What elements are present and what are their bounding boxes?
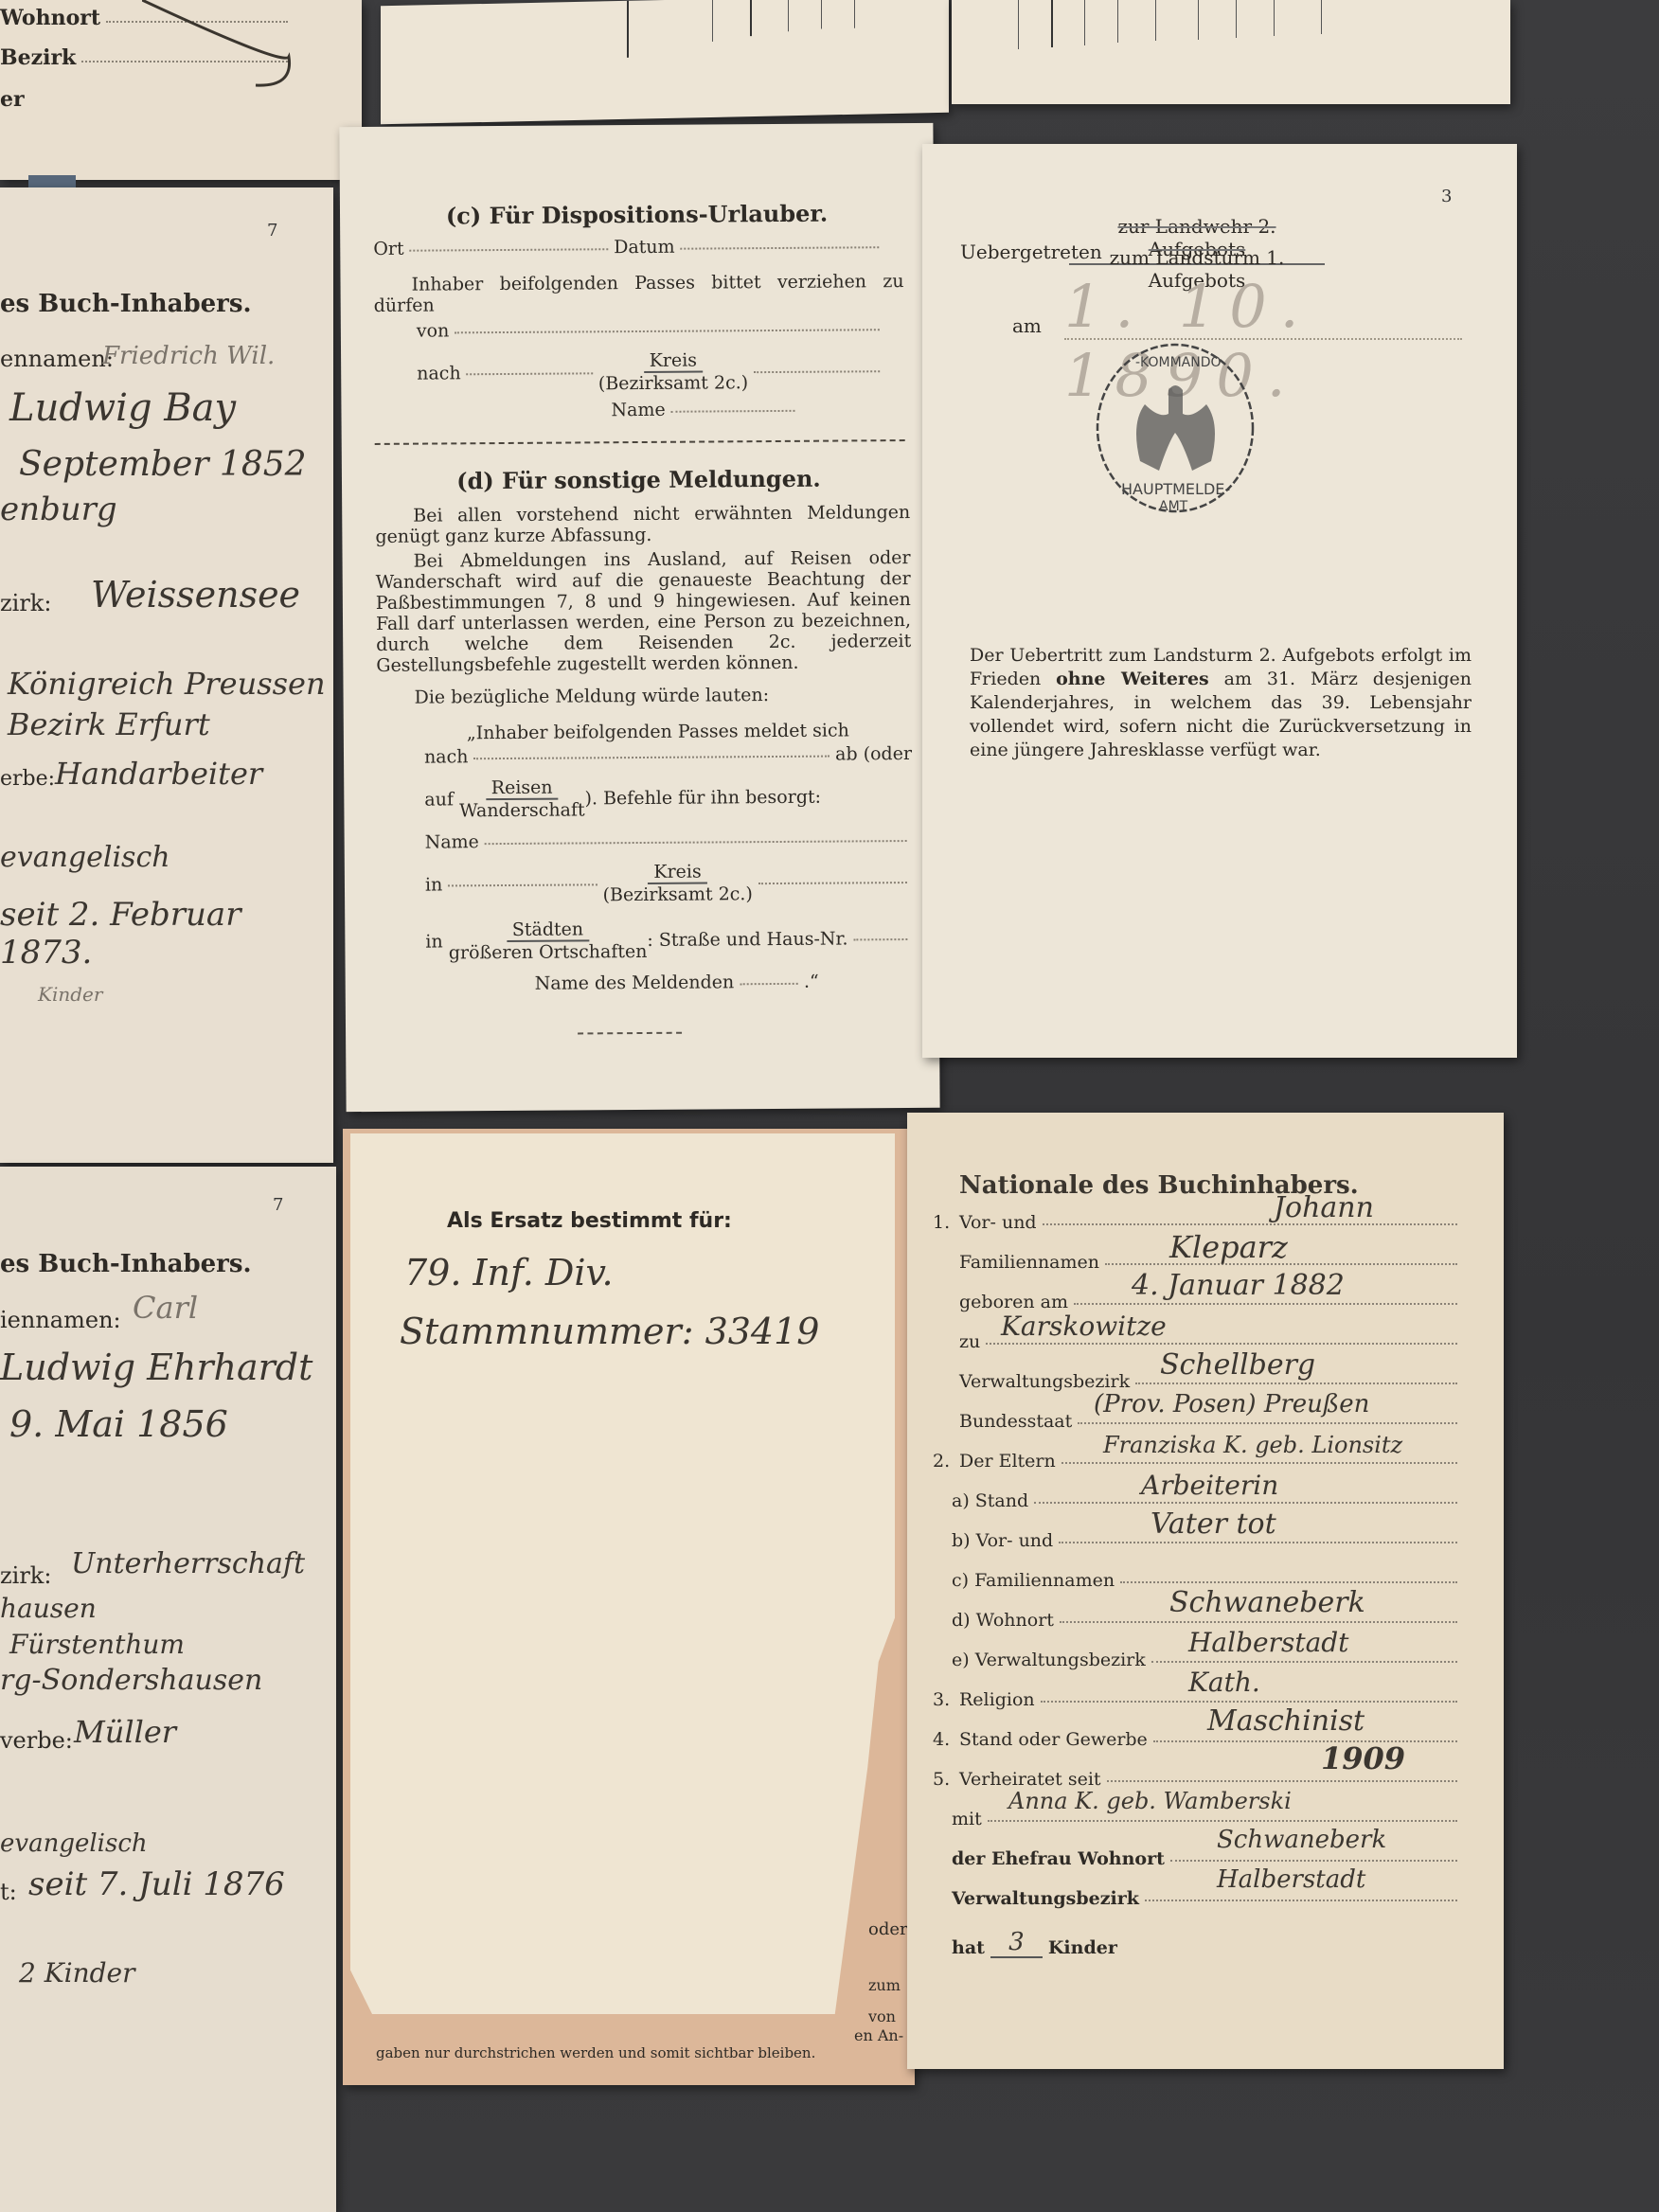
field-label: d) Wohnort: [952, 1610, 1054, 1631]
pen-stroke-icon: [142, 0, 303, 90]
notice-bold-text: ohne Weiteres: [1056, 669, 1209, 689]
kreis-label: Kreis: [648, 862, 707, 884]
wanderschaft-label: Wanderschaft: [459, 799, 585, 821]
field-value-religion: evangelisch: [0, 1829, 148, 1858]
field-value-district: Unterherrschaft: [71, 1547, 305, 1580]
bezirksamt-label: (Bezirksamt 2c.): [598, 372, 748, 394]
bezirksamt-label: (Bezirksamt 2c.): [603, 883, 753, 905]
partial-text: zum: [868, 1976, 901, 1994]
in-label: in: [425, 874, 442, 895]
ruled-line: [750, 0, 752, 36]
partial-text: oder: [868, 1919, 908, 1939]
field-value-parent-residence: Schwaneberk: [1169, 1586, 1365, 1619]
reisen-fraction: ReisenWanderschaft: [459, 776, 585, 821]
field-value-birthplace: Karskowitze: [1001, 1311, 1167, 1342]
children-row: hat 3 Kinder: [952, 1928, 1236, 1958]
quote-nach-row: nach ab (oder: [424, 743, 912, 768]
landsturm-page: 3 Uebergetreten zur Landwehr 2. Aufgebot…: [922, 144, 1517, 1058]
field-label: zirk:: [0, 590, 51, 616]
field-value-religion: evangelisch: [0, 841, 170, 874]
field-value-religion: Kath.: [1188, 1667, 1260, 1698]
befehle-in-row: in Kreis(Bezirksamt 2c.): [425, 860, 913, 907]
in-label: in: [425, 931, 442, 952]
children-prefix: hat: [952, 1937, 985, 1958]
field-label: ennamen:: [0, 348, 114, 369]
section-heading: es Buch-Inhabers.: [0, 290, 252, 318]
von-row: von: [417, 317, 885, 341]
handwritten-stammnummer: Stammnummer: 33419: [400, 1311, 819, 1352]
field-value-parent-status: Arbeiterin: [1141, 1470, 1278, 1501]
field-value-children: 2 Kinder: [19, 1957, 135, 1989]
field-value-children: Kinder: [38, 983, 102, 1006]
end-rule: [578, 1032, 682, 1035]
landsturm-notice: Der Uebertritt zum Landsturm 2. Aufgebot…: [970, 644, 1472, 762]
top-center-book-left-page: [381, 0, 949, 124]
field-value-married-since: seit 2. Februar 1873.: [0, 896, 333, 972]
field-value-occupation: Maschinist: [1207, 1704, 1365, 1738]
meldenden-label: Name des Meldenden: [535, 972, 735, 993]
field-value-state: (Prov. Posen) Preußen: [1094, 1390, 1369, 1418]
field-value-wife: Anna K. geb. Wamberski: [1008, 1788, 1292, 1814]
section-c-title: (c) Für Dispositions-Urlauber.: [340, 199, 934, 230]
field-value-parent-district: Halberstadt: [1188, 1627, 1348, 1658]
field-value-principality: Fürstenthum: [9, 1629, 185, 1660]
auf-label: auf: [424, 789, 454, 810]
ab-oder-label: ab (oder: [835, 743, 912, 765]
field-label: Verwaltungsbezirk: [952, 1888, 1139, 1909]
field-num: 3.: [933, 1689, 959, 1710]
field-er: er: [0, 87, 25, 112]
ruled-line: [627, 1, 629, 58]
ersatz-heading: Als Ersatz bestimmt für:: [447, 1209, 732, 1233]
page-number: 3: [1441, 187, 1452, 206]
field-num: 2.: [933, 1451, 959, 1472]
svg-text:AMT: AMT: [1159, 499, 1188, 514]
reisen-label: Reisen: [486, 777, 559, 801]
field-label: Verheiratet seit: [959, 1769, 1101, 1790]
field-label: erbe:: [0, 767, 55, 791]
field-num: 4.: [933, 1729, 959, 1750]
field-label: zirk:: [0, 1562, 51, 1589]
field-label: Wohnort: [0, 6, 100, 30]
field-value-married-since: seit 7. Juli 1876: [28, 1865, 285, 1903]
ruled-line: [1018, 0, 1019, 49]
partial-text: gaben nur durchstrichen werden und somit…: [376, 2044, 815, 2061]
field-value-district: Schellberg: [1160, 1348, 1315, 1382]
field-row: Verwaltungsbezirk: [952, 1888, 1463, 1909]
von-label: von: [417, 320, 450, 341]
top-center-book-right-page: [952, 0, 1510, 104]
page-number: 7: [267, 221, 277, 241]
top-left-book-page: Wohnort Bezirk er: [0, 0, 362, 180]
ruled-line: [821, 0, 822, 29]
section-d-para1: Bei allen vorstehend nicht erwähnten Mel…: [375, 502, 910, 547]
kreis-fraction: Kreis(Bezirksamt 2c.): [602, 861, 753, 905]
partial-text: von: [868, 2007, 896, 2025]
section-d-para2: Bei Abmeldungen ins Ausland, auf Reisen …: [376, 547, 912, 676]
blue-cover-edge: [28, 175, 76, 188]
ruled-line: [1051, 0, 1053, 47]
ruled-line: [1321, 0, 1322, 34]
ruled-line: [1198, 0, 1199, 40]
name-label: Name: [425, 831, 479, 852]
partial-text: en An-: [854, 2026, 903, 2044]
field-num: 5.: [933, 1769, 959, 1790]
field-label: Stand oder Gewerbe: [959, 1729, 1148, 1750]
section-d-para3: Die bezügliche Meldung würde lauten:: [415, 684, 907, 708]
field-label: c) Familiennamen: [952, 1570, 1115, 1591]
am-label: am: [1012, 314, 1042, 337]
field-value-parents: Franziska K. geb. Lionsitz: [1103, 1432, 1402, 1458]
field-label: Bezirk: [0, 45, 76, 70]
nach-label: nach: [424, 746, 469, 767]
stamp-ring-text-bottom: HAUPTMELDE-: [1121, 480, 1230, 498]
ruled-line: [854, 0, 855, 28]
field-value-surname: Kleparz: [1169, 1229, 1288, 1265]
befehle-label: ). Befehle für ihn besorgt:: [584, 787, 821, 810]
field-value-first-names: Friedrich Wil.: [102, 342, 275, 370]
field-label: a) Stand: [952, 1490, 1028, 1511]
field-label: geboren am: [959, 1292, 1068, 1312]
field-value-surname: Ludwig Bay: [9, 386, 236, 430]
field-label: der Ehefrau Wohnort: [952, 1848, 1165, 1869]
meldenden-row: Name des Meldenden .“: [535, 972, 819, 994]
children-suffix: Kinder: [1048, 1937, 1117, 1958]
field-value-state: Königreich Preussen: [8, 666, 326, 702]
field-value-surname: Ludwig Ehrhardt: [0, 1347, 312, 1388]
ortschaften-label: größeren Ortschaften: [449, 941, 648, 963]
bezirkskommando-stamp-icon: HAUPTMELDE- AMT -KOMMANDO: [1093, 338, 1258, 518]
field-label: Der Eltern: [959, 1451, 1056, 1472]
field-value-father: Vater tot: [1151, 1507, 1276, 1541]
staedten-label: Städten: [507, 919, 589, 942]
befehle-name-row: Name: [425, 829, 913, 853]
request-text: Inhaber beifolgenden Passes bittet verzi…: [373, 271, 903, 316]
ort-label: Ort: [373, 239, 403, 259]
ruled-line: [1117, 0, 1118, 43]
ruled-line: [788, 0, 789, 31]
notice-text: am 31. März desjenigen Kalenderjahres, i…: [970, 669, 1472, 760]
field-value-birthplace: enburg: [0, 491, 117, 528]
field-label: t:: [0, 1879, 17, 1905]
ersatz-page: Als Ersatz bestimmt für: 79. Inf. Div. S…: [343, 1129, 915, 2085]
section-divider: [375, 439, 905, 445]
field-label: mit: [952, 1809, 982, 1829]
field-label: Bundesstaat: [959, 1411, 1072, 1432]
field-value-birthdate: September 1852: [19, 445, 307, 484]
field-value-occupation: Handarbeiter: [55, 756, 262, 792]
field-label: iennamen:: [0, 1307, 121, 1333]
dispositions-page: (c) Für Dispositions-Urlauber. Ort Datum…: [339, 123, 939, 1112]
name-label: Name: [611, 400, 665, 420]
ruled-line: [1084, 0, 1085, 45]
field-label: zu: [959, 1331, 980, 1352]
kreis-label: Kreis: [644, 350, 704, 373]
field-value-district: Weissensee: [91, 574, 300, 615]
quote-line1: „Inhaber beifolgenden Passes meldet sich: [467, 720, 912, 743]
kreis-fraction: Kreis(Bezirksamt 2c.): [598, 349, 749, 394]
field-label: Vor- und: [959, 1212, 1037, 1233]
section-d-title: (d) Für sonstige Meldungen.: [342, 464, 936, 495]
field-label: b) Vor- und: [952, 1530, 1053, 1551]
ruled-line: [1155, 0, 1156, 41]
ort-datum-row: Ort Datum: [373, 235, 884, 259]
strasse-label: : Straße und Haus-Nr.: [647, 928, 847, 950]
ruled-line: [1236, 0, 1237, 38]
field-value-birthdate: 9. Mai 1856: [9, 1403, 228, 1445]
field-value-state: rg-Sondershausen: [0, 1664, 262, 1697]
nach-row: nach Kreis(Bezirksamt 2c.): [417, 348, 885, 395]
name-row: Name: [611, 399, 800, 420]
nach-label: nach: [417, 363, 461, 384]
field-value-birthdate: 4. Januar 1882: [1132, 1269, 1345, 1302]
auf-row: auf ReisenWanderschaft ). Befehle für ih…: [424, 775, 912, 822]
field-value-wife-residence: Schwaneberk: [1217, 1826, 1386, 1854]
children-count: 3: [990, 1928, 1043, 1958]
left-upper-book-page: 7 es Buch-Inhabers. ennamen: Friedrich W…: [0, 187, 333, 1163]
field-label: verbe:: [0, 1727, 73, 1754]
staedten-fraction: Städtengrößeren Ortschaften: [449, 919, 648, 963]
field-value-wife-district: Halberstadt: [1217, 1865, 1365, 1894]
field-value-region: Bezirk Erfurt: [8, 706, 210, 742]
section-heading: es Buch-Inhabers.: [0, 1250, 252, 1278]
field-num: 1.: [933, 1212, 959, 1233]
staedten-row: in Städtengrößeren Ortschaften : Straße …: [425, 917, 913, 964]
page-number: 7: [273, 1195, 283, 1215]
handwritten-division: 79. Inf. Div.: [404, 1252, 614, 1293]
closing-quote: .“: [804, 972, 819, 992]
field-label: Religion: [959, 1689, 1035, 1710]
datum-label: Datum: [614, 237, 675, 258]
ruled-line: [712, 0, 713, 42]
field-value-first-name: Carl: [133, 1290, 198, 1326]
field-value-district-cont: hausen: [0, 1593, 97, 1624]
field-value-married-year: 1909: [1321, 1740, 1405, 1776]
field-value-first-name: Johann: [1274, 1191, 1374, 1224]
field-label: Familiennamen: [959, 1252, 1099, 1273]
field-label: Verwaltungsbezirk: [959, 1371, 1130, 1392]
field-label: e) Verwaltungsbezirk: [952, 1650, 1146, 1670]
field-value-occupation: Müller: [74, 1714, 176, 1750]
ruled-line: [1274, 0, 1275, 36]
left-lower-book-page: 7 es Buch-Inhabers. iennamen: Carl Ludwi…: [0, 1167, 336, 2212]
svg-text:-KOMMANDO: -KOMMANDO: [1135, 355, 1222, 370]
